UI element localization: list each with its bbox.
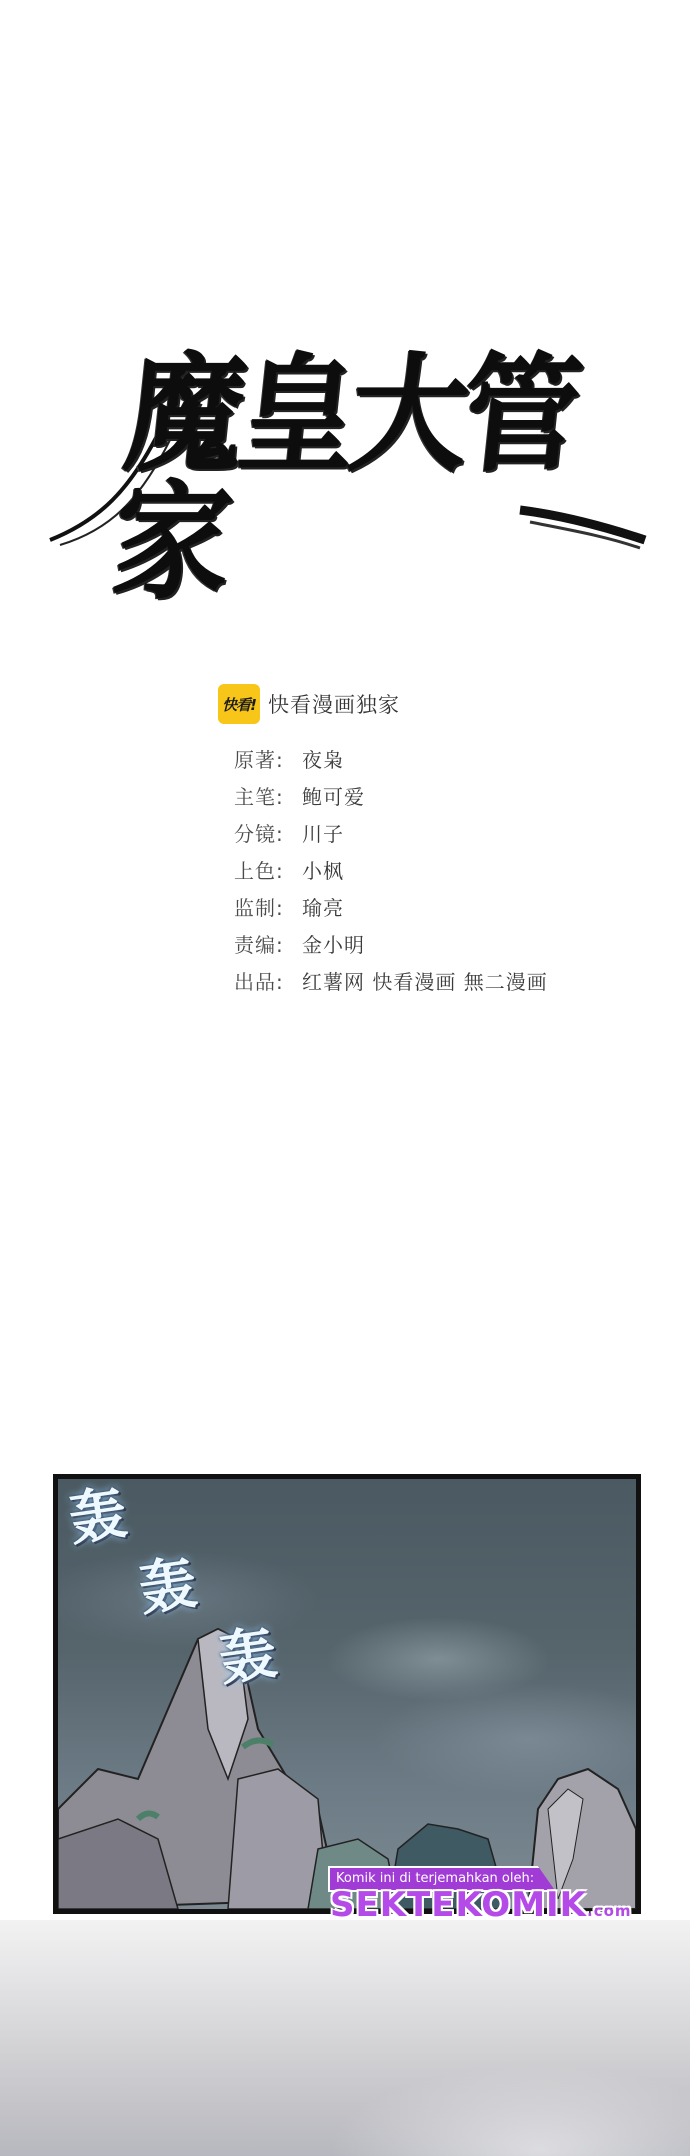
credit-row: 分镜:川子 xyxy=(234,814,548,851)
mist-cloud-background xyxy=(0,1920,690,2156)
credit-name: 红薯网 快看漫画 無二漫画 xyxy=(302,966,548,995)
credit-role: 主笔: xyxy=(234,781,302,810)
credit-row: 责编:金小明 xyxy=(234,925,548,962)
credit-name: 小枫 xyxy=(302,855,344,884)
title-calligraphy: 魔皇大管家 xyxy=(107,351,664,606)
credit-row: 上色:小枫 xyxy=(234,851,548,888)
credit-name: 川子 xyxy=(302,818,344,847)
credit-role: 出品: xyxy=(234,966,302,995)
credit-role: 上色: xyxy=(234,855,302,884)
credit-role: 责编: xyxy=(234,929,302,958)
credit-row: 原著:夜枭 xyxy=(234,740,548,777)
comic-panel-stormy-mountains: 轰 轰 轰 xyxy=(53,1474,641,1914)
comic-title-logo: 魔皇大管家 xyxy=(40,340,650,570)
credits-block: 快看! 快看漫画独家 原著:夜枭 主笔:鲍可爱 分镜:川子 上色:小枫 监制:瑜… xyxy=(218,684,548,999)
watermark-brand-suffix: .com xyxy=(587,1902,632,1920)
credit-role: 分镜: xyxy=(234,818,302,847)
credit-row: 监制:瑜亮 xyxy=(234,888,548,925)
credit-name: 夜枭 xyxy=(302,744,344,773)
credit-row: 主笔:鲍可爱 xyxy=(234,777,548,814)
credit-row: 出品:红薯网 快看漫画 無二漫画 xyxy=(234,962,548,999)
credit-list: 原著:夜枭 主笔:鲍可爱 分镜:川子 上色:小枫 监制:瑜亮 责编:金小明 出品… xyxy=(234,740,548,999)
watermark-brand-name: SEKTEKOMIK xyxy=(330,1885,587,1925)
credit-role: 监制: xyxy=(234,892,302,921)
credit-name: 瑜亮 xyxy=(302,892,344,921)
exclusive-label: 快看漫画独家 xyxy=(268,689,400,719)
sound-effect-text: 轰 xyxy=(212,1605,281,1696)
credit-name: 金小明 xyxy=(302,929,365,958)
credit-role: 原著: xyxy=(234,744,302,773)
publisher-badge: 快看! 快看漫画独家 xyxy=(218,684,548,724)
credit-name: 鲍可爱 xyxy=(302,781,365,810)
kuaikan-logo-icon: 快看! xyxy=(218,684,260,724)
sound-effect-text: 轰 xyxy=(62,1474,131,1557)
sound-effect-text: 轰 xyxy=(132,1535,201,1626)
